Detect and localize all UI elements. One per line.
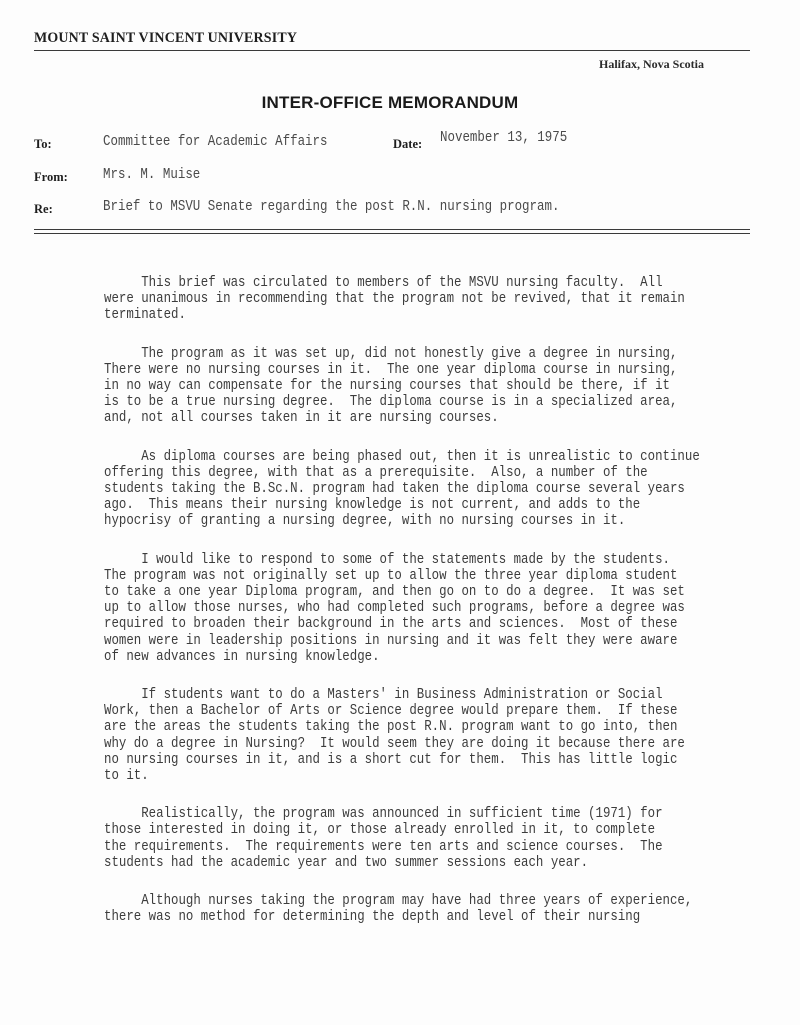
header-divider-top	[34, 229, 750, 230]
paragraph-line: to it.	[104, 768, 712, 784]
paragraph-line: Realistically, the program was announced…	[104, 806, 712, 822]
paragraph-line: As diploma courses are being phased out,…	[104, 449, 712, 465]
paragraph-line: There were no nursing courses in it. The…	[104, 362, 712, 378]
paragraph-line: I would like to respond to some of the s…	[104, 552, 712, 568]
body-paragraph: This brief was circulated to members of …	[104, 275, 712, 324]
paragraph-line: required to broaden their background in …	[104, 616, 712, 632]
body-paragraph: Realistically, the program was announced…	[104, 806, 712, 871]
body-paragraph: As diploma courses are being phased out,…	[104, 449, 712, 530]
paragraph-line: of new advances in nursing knowledge.	[104, 649, 712, 665]
paragraph-line: women were in leadership positions in nu…	[104, 633, 712, 649]
header-divider-bottom	[34, 233, 750, 234]
paragraph-line: is to be a true nursing degree. The dipl…	[104, 394, 712, 410]
paragraph-line: This brief was circulated to members of …	[104, 275, 712, 291]
paragraph-line: were unanimous in recommending that the …	[104, 291, 712, 307]
paragraph-line: are the areas the students taking the po…	[104, 719, 712, 735]
paragraph-line: hypocrisy of granting a nursing degree, …	[104, 513, 712, 529]
organization-name: MOUNT SAINT VINCENT UNIVERSITY	[34, 30, 297, 47]
to-value: Committee for Academic Affairs	[103, 134, 328, 150]
body-paragraph: If students want to do a Masters' in Bus…	[104, 687, 712, 784]
paragraph-line: there was no method for determining the …	[104, 909, 712, 925]
paragraph-line: The program was not originally set up to…	[104, 568, 712, 584]
organization-location: Halifax, Nova Scotia	[599, 57, 704, 72]
paragraph-line: in no way can compensate for the nursing…	[104, 378, 712, 394]
date-value: November 13, 1975	[440, 130, 567, 146]
paragraph-line: up to allow those nurses, who had comple…	[104, 600, 712, 616]
paragraph-line: students taking the B.Sc.N. program had …	[104, 481, 712, 497]
letterhead-divider	[34, 50, 750, 51]
body-paragraph: The program as it was set up, did not ho…	[104, 346, 712, 427]
paragraph-line: students had the academic year and two s…	[104, 855, 712, 871]
paragraph-line: terminated.	[104, 307, 712, 323]
paragraph-line: Although nurses taking the program may h…	[104, 893, 712, 909]
paragraph-line: offering this degree, with that as a pre…	[104, 465, 712, 481]
paragraph-line: and, not all courses taken in it are nur…	[104, 410, 712, 426]
from-value: Mrs. M. Muise	[103, 167, 200, 183]
to-label: To:	[34, 137, 52, 152]
paragraph-line: to take a one year Diploma program, and …	[104, 584, 712, 600]
paragraph-line: those interested in doing it, or those a…	[104, 822, 712, 838]
memo-body: This brief was circulated to members of …	[104, 275, 800, 948]
body-paragraph: I would like to respond to some of the s…	[104, 552, 712, 665]
re-value: Brief to MSVU Senate regarding the post …	[103, 199, 559, 215]
paragraph-line: no nursing courses in it, and is a short…	[104, 752, 712, 768]
paragraph-line: ago. This means their nursing knowledge …	[104, 497, 712, 513]
memo-title: INTER-OFFICE MEMORANDUM	[0, 93, 780, 113]
paragraph-line: If students want to do a Masters' in Bus…	[104, 687, 712, 703]
from-label: From:	[34, 170, 68, 185]
body-paragraph: Although nurses taking the program may h…	[104, 893, 712, 925]
paragraph-line: why do a degree in Nursing? It would see…	[104, 736, 712, 752]
paragraph-line: Work, then a Bachelor of Arts or Science…	[104, 703, 712, 719]
date-label: Date:	[393, 137, 422, 152]
paragraph-line: the requirements. The requirements were …	[104, 839, 712, 855]
re-label: Re:	[34, 202, 53, 217]
paragraph-line: The program as it was set up, did not ho…	[104, 346, 712, 362]
